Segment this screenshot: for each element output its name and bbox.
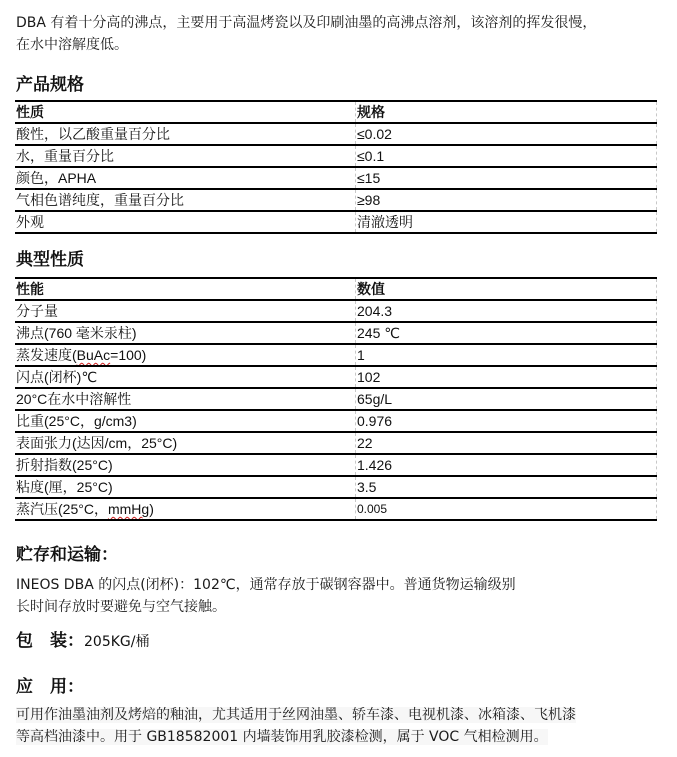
typical-table-header: 性能 数值 (15, 278, 657, 300)
typical-value: 0.976 (356, 410, 657, 432)
storage-line-2: 长时间存放时要避免与空气接触。 (16, 596, 666, 618)
intro-paragraph: DBA 有着十分高的沸点，主要用于高温烤瓷以及印刷油墨的高沸点溶剂，该溶剂的挥发… (16, 12, 666, 56)
typical-value: 245 ℃ (356, 322, 657, 344)
typical-property: 表面张力(达因/cm，25°C) (15, 432, 356, 454)
typical-properties-table: 性能 数值 分子量 204.3 沸点(760 毫米汞柱) 245 ℃ 蒸发速度(… (15, 277, 657, 521)
spellcheck-underlined-text: BuAc (77, 347, 110, 363)
property-text: 蒸发速度( (16, 347, 77, 363)
table-row: 闪点(闭杯)℃ 102 (15, 366, 657, 388)
spec-value: ≤15 (356, 167, 657, 189)
typical-value: 65g/L (356, 388, 657, 410)
spec-header-value: 规格 (356, 101, 657, 123)
typical-property: 分子量 (15, 300, 356, 322)
application-paragraph: 可用作油墨油剂及烤焙的釉油，尤其适用于丝网油墨、轿车漆、电视机漆、冰箱漆、飞机漆… (16, 704, 676, 748)
spec-value: ≤0.1 (356, 145, 657, 167)
property-text: 蒸汽压(25°C， (16, 501, 108, 517)
intro-line-2: 在水中溶解度低。 (16, 34, 666, 56)
typical-value: 1.426 (356, 454, 657, 476)
spec-value: ≥98 (356, 189, 657, 211)
table-row: 表面张力(达因/cm，25°C) 22 (15, 432, 657, 454)
typical-value: 102 (356, 366, 657, 388)
typical-property: 比重(25°C，g/cm3) (15, 410, 356, 432)
table-row: 分子量 204.3 (15, 300, 657, 322)
typical-property: 粘度(厘，25°C) (15, 476, 356, 498)
table-row: 20°C在水中溶解性 65g/L (15, 388, 657, 410)
table-row: 水，重量百分比 ≤0.1 (15, 145, 657, 167)
intro-line-1: DBA 有着十分高的沸点，主要用于高温烤瓷以及印刷油墨的高沸点溶剂，该溶剂的挥发… (16, 12, 666, 34)
typical-header-property: 性能 (15, 278, 356, 300)
typical-section-title: 典型性质 (16, 245, 84, 270)
spec-value: ≤0.02 (356, 123, 657, 145)
spec-header-property: 性质 (15, 101, 356, 123)
application-section-title: 应 用： (16, 672, 84, 697)
property-text: ) (149, 501, 154, 517)
typical-property: 闪点(闭杯)℃ (15, 366, 356, 388)
packaging-label: 包 装： (16, 631, 84, 651)
table-row: 沸点(760 毫米汞柱) 245 ℃ (15, 322, 657, 344)
spec-property: 颜色，APHA (15, 167, 356, 189)
spec-table-header: 性质 规格 (15, 101, 657, 123)
typical-value: 204.3 (356, 300, 657, 322)
storage-paragraph: INEOS DBA 的闪点(闭杯)：102℃，通常存放于碳钢容器中。普通货物运输… (16, 574, 666, 618)
spec-property: 酸性，以乙酸重量百分比 (15, 123, 356, 145)
typical-property: 沸点(760 毫米汞柱) (15, 322, 356, 344)
table-row: 蒸发速度(BuAc=100) 1 (15, 344, 657, 366)
typical-value: 22 (356, 432, 657, 454)
packaging-value: 205KG/桶 (84, 634, 149, 650)
table-row: 气相色谱纯度，重量百分比 ≥98 (15, 189, 657, 211)
table-row: 比重(25°C，g/cm3) 0.976 (15, 410, 657, 432)
spellcheck-underlined-text: mmHg (108, 501, 149, 517)
spec-property: 气相色谱纯度，重量百分比 (15, 189, 356, 211)
storage-section-title: 贮存和运输： (16, 540, 118, 565)
packaging-line: 包 装：205KG/桶 (16, 630, 149, 653)
typical-property: 折射指数(25°C) (15, 454, 356, 476)
spec-value: 清澈透明 (356, 211, 657, 233)
table-row: 粘度(厘，25°C) 3.5 (15, 476, 657, 498)
spec-property: 水，重量百分比 (15, 145, 356, 167)
application-line-1: 可用作油墨油剂及烤焙的釉油，尤其适用于丝网油墨、轿车漆、电视机漆、冰箱漆、飞机漆 (16, 707, 576, 723)
application-line-2: 等高档油漆中。用于 GB18582001 内墙装饰用乳胶漆检测，属于 VOC 气… (16, 729, 548, 745)
table-row: 折射指数(25°C) 1.426 (15, 454, 657, 476)
storage-line-1: INEOS DBA 的闪点(闭杯)：102℃，通常存放于碳钢容器中。普通货物运输… (16, 574, 666, 596)
typical-property: 20°C在水中溶解性 (15, 388, 356, 410)
typical-property: 蒸汽压(25°C，mmHg) (15, 498, 356, 520)
table-row: 蒸汽压(25°C，mmHg) 0.005 (15, 498, 657, 520)
typical-value: 1 (356, 344, 657, 366)
spec-section-title: 产品规格 (16, 70, 84, 95)
table-row: 外观 清澈透明 (15, 211, 657, 233)
typical-property: 蒸发速度(BuAc=100) (15, 344, 356, 366)
spec-table: 性质 规格 酸性，以乙酸重量百分比 ≤0.02 水，重量百分比 ≤0.1 颜色，… (15, 100, 657, 234)
typical-header-value: 数值 (356, 278, 657, 300)
property-text: =100) (110, 347, 146, 363)
spec-property: 外观 (15, 211, 356, 233)
table-row: 颜色，APHA ≤15 (15, 167, 657, 189)
typical-value: 0.005 (356, 498, 657, 520)
table-row: 酸性，以乙酸重量百分比 ≤0.02 (15, 123, 657, 145)
typical-value: 3.5 (356, 476, 657, 498)
